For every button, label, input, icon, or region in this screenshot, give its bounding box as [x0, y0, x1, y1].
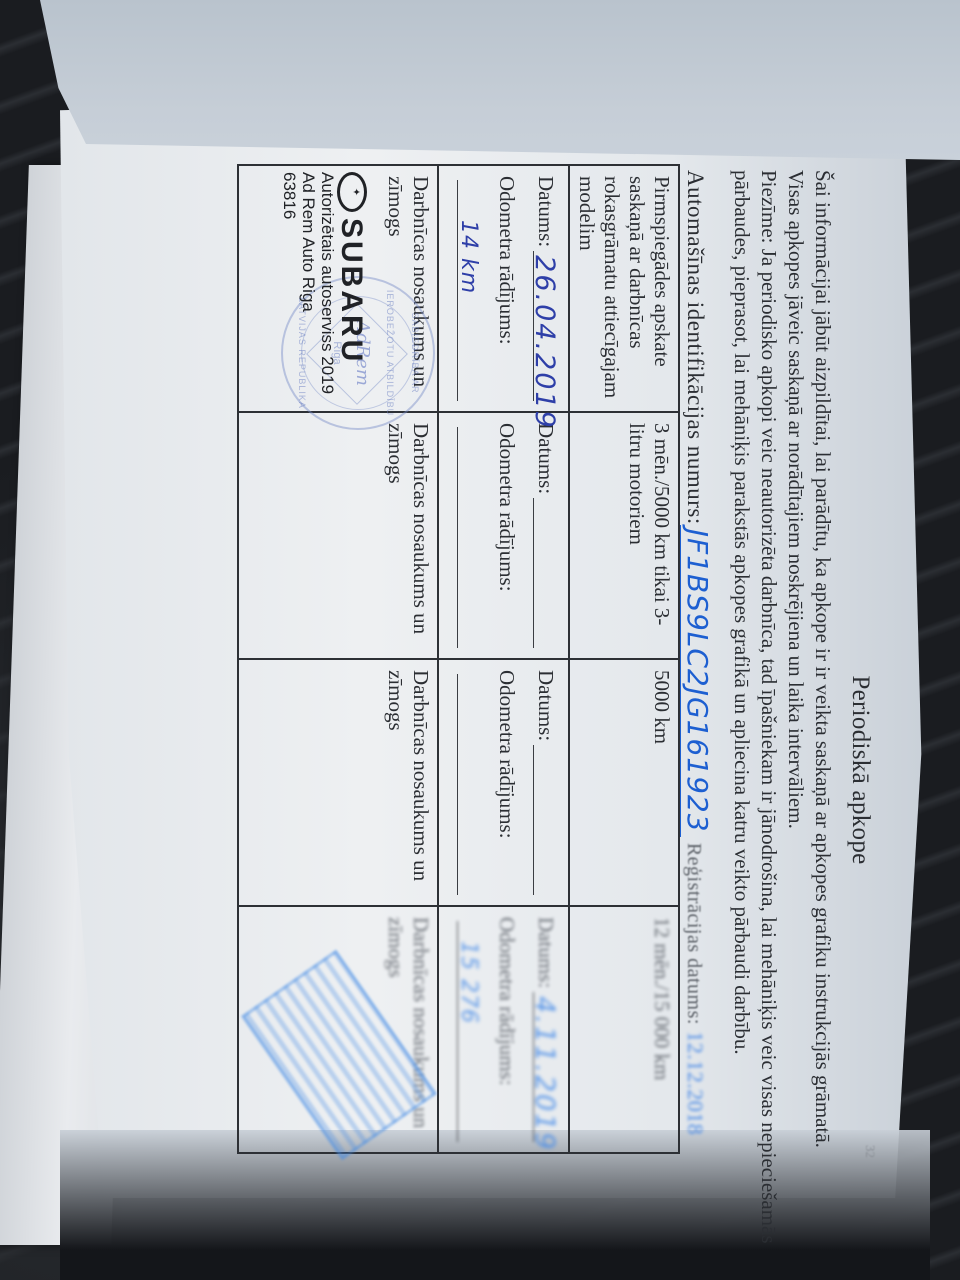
registration-value: 12.12.2018	[683, 1031, 708, 1135]
date-label: Datums:	[533, 176, 558, 247]
vin-row: Automašīnas identifikācijas numurs:JF1BS…	[681, 170, 714, 1135]
date-field: Datums:	[533, 670, 558, 895]
handwritten-odometer: 14 km	[456, 220, 481, 294]
workshop-cell: Darbnīcas nosaukums un zīmogs	[238, 412, 438, 659]
workshop-label: Darbnīcas nosaukums un zīmogs	[383, 423, 433, 648]
table-row-date-odometer: Datums: 26.04.2019 Odometra rādījums: 14…	[438, 165, 569, 1153]
dealer-line: 63816	[280, 172, 299, 394]
workshop-cell: Darbnīcas nosaukums un zīmogs	[238, 906, 438, 1153]
date-label: Datums:	[533, 670, 558, 741]
interval-cell: 3 mēn./5000 km tikai 3-litru motoriem	[569, 412, 679, 659]
interval-cell: 5000 km	[569, 659, 679, 906]
odometer-field: Odometra rādījums:	[494, 917, 519, 1142]
intro-line: Piezīme: Ja periodisko apkopi veic neaut…	[755, 170, 782, 1130]
table-row-workshop: Darbnīcas nosaukums un zīmogs SABIEDRĪBA…	[238, 165, 438, 1153]
odometer-field: Odometra rādījums:	[494, 423, 519, 648]
odometer-line: 15 276	[457, 921, 480, 1142]
date-label: Datums:	[533, 423, 558, 494]
odometer-label: Odometra rādījums:	[494, 670, 519, 839]
date-field: Datums:	[533, 423, 558, 648]
handwritten-odometer: 15 276	[456, 941, 481, 1024]
date-odometer-cell: Datums: 4.11.2019 Odometra rādījums: 15 …	[438, 906, 569, 1153]
dealer-stamp: ✦ SUBARU Autorizētais autoserviss 2019 A…	[280, 172, 367, 394]
vin-value: JF1BS9LC2JG161923	[680, 525, 714, 837]
intro-line: Šai informācijai jābūt aizpildītai, lai …	[809, 170, 836, 1130]
dealer-line: Ad Rem Auto Riga	[299, 172, 318, 394]
date-odometer-cell: Datums: Odometra rādījums:	[438, 659, 569, 906]
date-field: Datums: 26.04.2019	[533, 176, 558, 401]
date-line	[533, 745, 556, 895]
odometer-line-row: 14 km	[457, 176, 480, 401]
odometer-label: Odometra rādījums:	[494, 423, 519, 592]
dealer-line: Autorizētais autoserviss 2019	[318, 172, 337, 394]
handwritten-date: 26.04.2019	[532, 255, 557, 430]
maintenance-schedule-table: Pirmspiegādes apskate saskaņā ar darbnīc…	[237, 164, 680, 1154]
workshop-label: Darbnīcas nosaukums un zīmogs	[383, 670, 433, 895]
odometer-label: Odometra rādījums:	[494, 917, 519, 1086]
handwritten-date: 4.11.2019	[532, 996, 557, 1151]
date-line	[533, 498, 556, 648]
odometer-line-row	[457, 423, 480, 648]
intro-text: Šai informācijai jābūt aizpildītai, lai …	[728, 170, 836, 1130]
document-title: Periodiskā apkope	[846, 120, 874, 1160]
intro-line: Visas apkopes jāveic saskaņā ar norādīta…	[782, 170, 809, 1130]
date-line: 26.04.2019	[533, 251, 556, 401]
odometer-field: Odometra rādījums:	[494, 670, 519, 895]
date-odometer-cell: Datums: Odometra rādījums:	[438, 412, 569, 659]
table-row-interval: Pirmspiegādes apskate saskaņā ar darbnīc…	[569, 165, 679, 1153]
date-field: Datums: 4.11.2019	[533, 917, 558, 1142]
registration-label: Reģistrācijas datums:	[683, 843, 705, 1025]
intro-line: pārbaudes, pieprasot, lai mehāniķis para…	[728, 170, 755, 1130]
odometer-line	[457, 427, 480, 648]
odometer-line: 14 km	[457, 180, 480, 401]
dealer-brand: ✦ SUBARU	[337, 172, 367, 394]
odometer-line-row	[457, 670, 480, 895]
date-odometer-cell: Datums: 26.04.2019 Odometra rādījums: 14…	[438, 165, 569, 412]
workshop-cell: Darbnīcas nosaukums un zīmogs SABIEDRĪBA…	[238, 165, 438, 412]
date-line: 4.11.2019	[533, 992, 556, 1142]
maintenance-record-document: 32 Periodiskā apkope Šai informācijai jā…	[120, 120, 880, 1160]
subaru-logo-icon: ✦	[337, 172, 367, 212]
vin-label: Automašīnas identifikācijas numurs:	[683, 170, 708, 525]
interval-cell: 12 mēn./15 000 km	[569, 906, 679, 1153]
odometer-field: Odometra rādījums:	[494, 176, 519, 401]
interval-cell: Pirmspiegādes apskate saskaņā ar darbnīc…	[569, 165, 679, 412]
odometer-line	[457, 674, 480, 895]
dealer-brand-name: SUBARU	[343, 218, 362, 364]
workshop-cell: Darbnīcas nosaukums un zīmogs	[238, 659, 438, 906]
odometer-label: Odometra rādījums:	[494, 176, 519, 345]
date-label: Datums:	[533, 917, 558, 988]
odometer-line-row: 15 276	[457, 917, 480, 1142]
